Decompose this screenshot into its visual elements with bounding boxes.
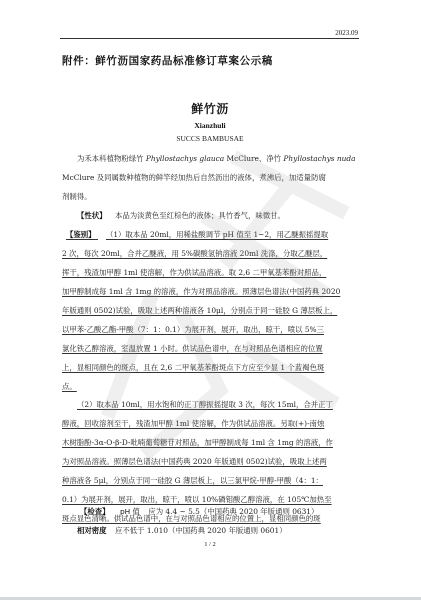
identification-line-9: 点。: [62, 381, 360, 393]
monograph-title: 鲜竹沥: [60, 100, 360, 117]
density-value: 应不低于 1.010（中国药典 2020 年版通则 0601）: [115, 526, 287, 535]
identification-label: 【鉴别】: [66, 230, 96, 239]
properties-text: 本品为淡黄色至红棕色的液体；具竹香气，味微甘。: [115, 211, 285, 220]
identification-line-8: 上，显相同颜色的斑点，且在 2,6 二甲氧基苯酚斑点下方应至少显 1 个蓝褐色斑: [62, 362, 360, 374]
identification2-line-5: 种溶液各 5μl，分别点于同一硅胶 G 薄层板上，以三氯甲烷-甲醇-甲酸（4：1…: [62, 475, 360, 487]
identification-line-3: 挥干，残渣加甲醇 1ml 使溶解，作为供试品溶液。取 2,6 二甲氧基苯酚对照品…: [62, 267, 360, 279]
source-text: McClure、净竹: [224, 154, 283, 163]
identification-line-5: 年版通则 0502)试验，吸取上述两种溶液各 10μl，分别点于同一硅胶 G 薄…: [62, 305, 360, 317]
source-line-1: 为禾本科植物粉绿竹 Phyllostachys glauca McClure、净…: [77, 153, 360, 165]
identification-line-2: 2 次，每次 20ml，合并乙醚液，用 5%碳酸氢钠溶液 20ml 洗涤，分取乙…: [62, 248, 360, 260]
identification2-line-2: 醇液，回收溶剂至干，残渣加甲醇 1ml 使溶解，作为供试品溶液。另取(+)-南烛: [62, 418, 360, 430]
ph-value: 应为 4.4 ~ 5.5（中国药典 2020 年版通则 0631）: [148, 507, 318, 516]
properties-label: 【性状】: [77, 211, 107, 220]
monograph-latin-name: SUCCS BAMBUSAE: [60, 134, 360, 143]
species-name-2: Phyllostachys nuda: [283, 154, 355, 163]
source-line-3: 剂制得。: [62, 191, 360, 203]
density-label: 相对密度: [77, 526, 107, 535]
identification-text: （1）取本品 20ml，用稀盐酸调节 pH 值至 1~2，用乙醚振摇提取: [106, 230, 328, 239]
identification2-line-6: 0.1）为展开剂，展开，取出，晾干，喷以 10%磷钼酸乙醇溶液，在 105℃加热…: [62, 494, 360, 506]
identification-line-7: 氯化铁乙醇溶液，室温放置 1 小时。供试品色谱中，在与对照品色谱相应的位置: [62, 343, 360, 355]
monograph-pinyin: Xianzhuli: [60, 121, 360, 130]
examination-density: 相对密度 应不低于 1.010（中国药典 2020 年版通则 0601）: [77, 525, 360, 537]
examination-label: 【检查】: [80, 507, 110, 516]
identification-line-4: 加甲醇制成每 1ml 含 1mg 的溶液，作为对照品溶液。照薄层色谱法(中国药典…: [62, 286, 360, 298]
ph-label: pH 值: [120, 507, 140, 516]
document-heading: 附件：鲜竹沥国家药品标准修订草案公示稿: [62, 53, 273, 68]
identification2-line-3: 木树脂酚-3α-O-β-D-吡喃葡萄糖苷对照品，加甲醇制成每 1ml 含 1mg…: [62, 437, 360, 449]
identification-line-6: 以甲苯-乙酸乙酯-甲酸（7：1：0.1）为展开剂，展开，取出，晾干，喷以 5%三: [62, 324, 360, 336]
species-name-1: Phyllostachys glauca: [146, 154, 224, 163]
source-text: 为禾本科植物粉绿竹: [77, 154, 146, 163]
source-line-2: McClure 及同属数种植物的鲜竿经加热后自然沥出的液体，煮沸后，加适量防腐: [62, 172, 360, 184]
identification2-line-1: （2）取本品 10ml，用水饱和的正丁醇振摇提取 3 次，每次 15ml，合并正…: [77, 399, 360, 411]
header-divider: [60, 38, 359, 39]
header-date: 2023.09: [335, 29, 358, 37]
document-page: 2023.09 附件：鲜竹沥国家药品标准修订草案公示稿 鲜竹沥 Xianzhul…: [0, 0, 421, 597]
identification-line-1: 【鉴别】 （1）取本品 20ml，用稀盐酸调节 pH 值至 1~2，用乙醚振摇提…: [66, 229, 360, 241]
page-number: 1 / 2: [60, 541, 360, 548]
examination-ph: 【检查】 pH 值 应为 4.4 ~ 5.5（中国药典 2020 年版通则 06…: [80, 506, 363, 518]
identification2-line-4: 为对照品溶液。照薄层色谱法(中国药典 2020 年版通则 0502)试验，吸取上…: [62, 456, 360, 468]
properties-section: 【性状】 本品为淡黄色至红棕色的液体；具竹香气，味微甘。: [77, 210, 360, 222]
